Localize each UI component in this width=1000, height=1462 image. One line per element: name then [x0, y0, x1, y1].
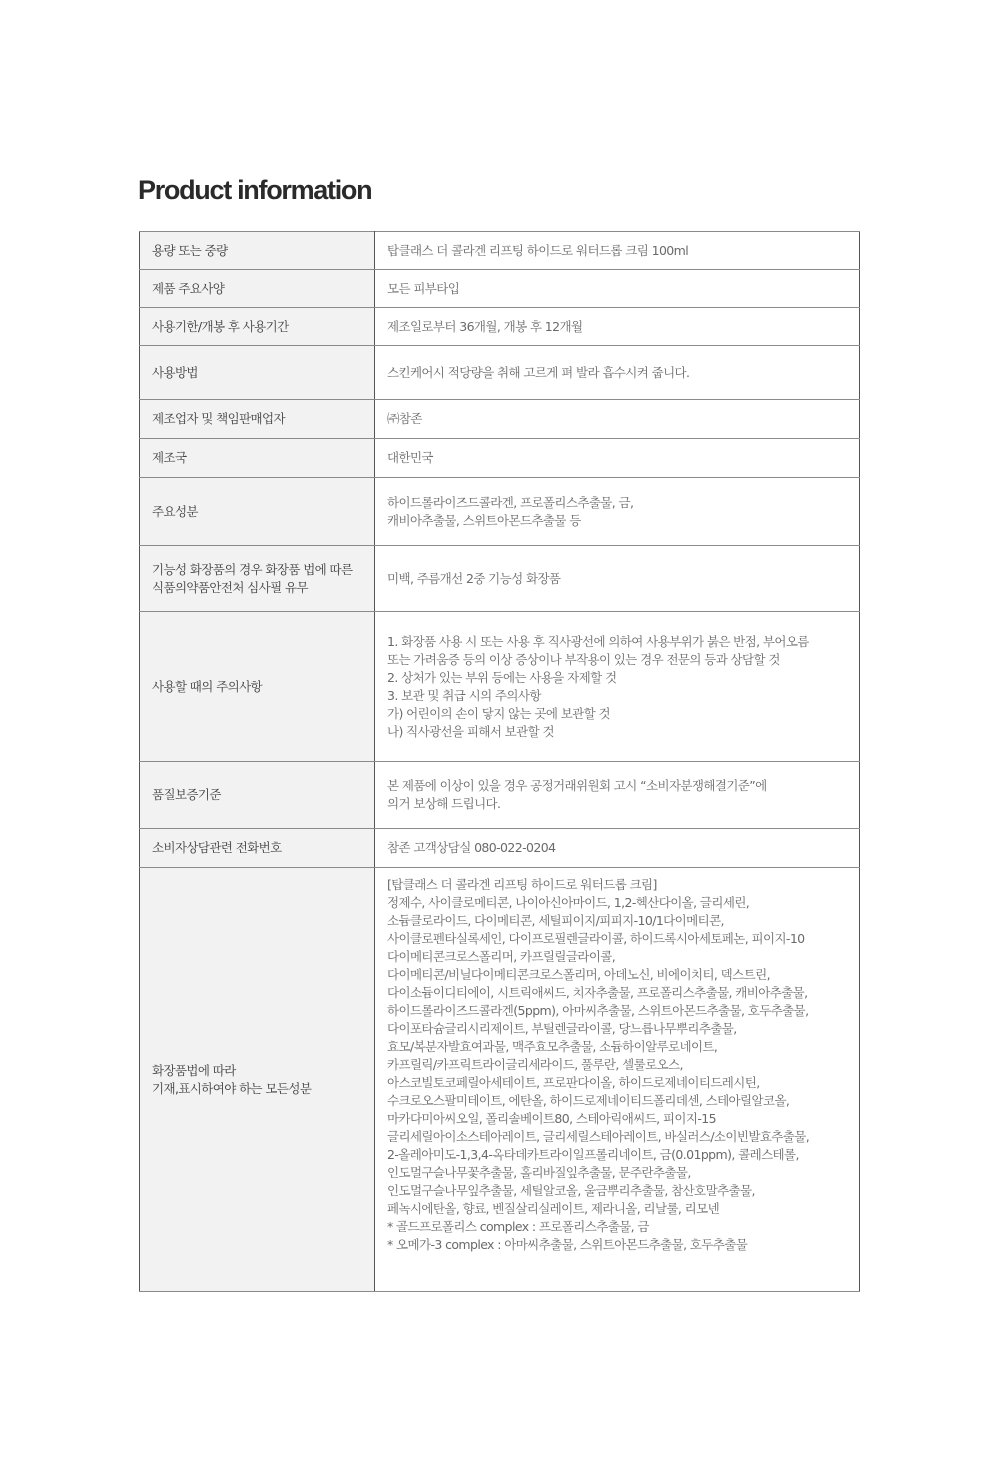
- row-label: 품질보증기준: [140, 762, 375, 829]
- value-line: 2-올레아미도-1,3,4-옥타데카트라이일프롤리네이트, 금(0.01ppm)…: [387, 1146, 847, 1164]
- value-line: 참존 고객상담실 080-022-0204: [387, 839, 847, 857]
- value-line: 캐비아추출물, 스위트아몬드추출물 등: [387, 512, 847, 530]
- value-line: 인도멀구슬나무잎추출물, 세틸알코올, 울금뿌리추출물, 참산호말추출물,: [387, 1182, 847, 1200]
- value-line: 정제수, 사이클로메티콘, 나이아신아마이드, 1,2-헥산다이올, 글리세린,: [387, 894, 847, 912]
- row-value: 하이드롤라이즈드콜라겐, 프로폴리스추출물, 금, 캐비아추출물, 스위트아몬드…: [375, 478, 860, 546]
- row-value: ㈜참존: [375, 400, 860, 439]
- value-line: 카프릴릭/카프릭트라이글리세라이드, 풀루란, 셀룰로오스,: [387, 1056, 847, 1074]
- table-row: 사용할 때의 주의사항 1. 화장품 사용 시 또는 사용 후 직사광선에 의하…: [140, 612, 860, 762]
- row-value: 스킨케어시 적당량을 취해 고르게 펴 발라 흡수시켜 줍니다.: [375, 346, 860, 400]
- value-line: 나) 직사광선을 피해서 보관할 것: [387, 723, 847, 741]
- value-line: 의거 보상해 드립니다.: [387, 795, 847, 813]
- value-line: 1. 화장품 사용 시 또는 사용 후 직사광선에 의하여 사용부위가 붉은 반…: [387, 633, 847, 651]
- table-row: 제조업자 및 책임판매업자 ㈜참존: [140, 400, 860, 439]
- table-row: 기능성 화장품의 경우 화장품 법에 따른 식품의약품안전처 심사필 유무 미백…: [140, 546, 860, 612]
- value-line: 하이드롤라이즈드콜라겐(5ppm), 아마씨추출물, 스위트아몬드추출물, 호두…: [387, 1002, 847, 1020]
- value-line: 하이드롤라이즈드콜라겐, 프로폴리스추출물, 금,: [387, 494, 847, 512]
- table-row: 용량 또는 중량 탑클래스 더 콜라겐 리프팅 하이드로 워터드롭 크림 100…: [140, 232, 860, 270]
- value-line: 다이메티콘크로스폴리머, 카프릴릴글라이콜,: [387, 948, 847, 966]
- row-label: 사용방법: [140, 346, 375, 400]
- value-line: 제조일로부터 36개월, 개봉 후 12개월: [387, 318, 847, 336]
- row-label: 제조국: [140, 439, 375, 478]
- table-row: 사용방법 스킨케어시 적당량을 취해 고르게 펴 발라 흡수시켜 줍니다.: [140, 346, 860, 400]
- row-label: 사용할 때의 주의사항: [140, 612, 375, 762]
- label-line: 기능성 화장품의 경우 화장품 법에 따른: [152, 561, 362, 579]
- row-value: 제조일로부터 36개월, 개봉 후 12개월: [375, 308, 860, 346]
- value-line: * 오메가-3 complex : 아마씨추출물, 스위트아몬드추출물, 호두추…: [387, 1236, 847, 1254]
- row-value: 대한민국: [375, 439, 860, 478]
- value-line: 아스코빌토코페릴아세테이트, 프로판다이올, 하이드로제네이티드레시틴,: [387, 1074, 847, 1092]
- label-line: 화장품법에 따라: [152, 1062, 362, 1080]
- row-label: 화장품법에 따라 기재,표시하여야 하는 모든성분: [140, 868, 375, 1292]
- value-line: 인도멀구슬나무꽃추출물, 홀리바질잎추출물, 문주란추출물,: [387, 1164, 847, 1182]
- table-row: 소비자상담관련 전화번호 참존 고객상담실 080-022-0204: [140, 829, 860, 868]
- page-title: Product information: [138, 172, 371, 208]
- row-value: 1. 화장품 사용 시 또는 사용 후 직사광선에 의하여 사용부위가 붉은 반…: [375, 612, 860, 762]
- row-value: 본 제품에 이상이 있을 경우 공정거래위원회 고시 “소비자분쟁해결기준”에 …: [375, 762, 860, 829]
- product-info-table: 용량 또는 중량 탑클래스 더 콜라겐 리프팅 하이드로 워터드롭 크림 100…: [139, 231, 860, 1292]
- row-label: 사용기한/개봉 후 사용기간: [140, 308, 375, 346]
- value-line: 대한민국: [387, 449, 847, 467]
- value-line: 글리세릴아이소스테아레이트, 글리세릴스테아레이트, 바실러스/소이빈발효추출물…: [387, 1128, 847, 1146]
- value-line: 3. 보관 및 취급 시의 주의사항: [387, 687, 847, 705]
- value-line: 소듐클로라이드, 다이메티콘, 세틸피이지/피피지-10/1다이메티콘,: [387, 912, 847, 930]
- row-label: 기능성 화장품의 경우 화장품 법에 따른 식품의약품안전처 심사필 유무: [140, 546, 375, 612]
- row-value: 참존 고객상담실 080-022-0204: [375, 829, 860, 868]
- value-line: 2. 상처가 있는 부위 등에는 사용을 자제할 것: [387, 669, 847, 687]
- value-line: 수크로오스팔미테이트, 에탄올, 하이드로제네이티드폴리데센, 스테아릴알코올,: [387, 1092, 847, 1110]
- value-line: 미백, 주름개선 2중 기능성 화장품: [387, 570, 847, 588]
- row-value: [탑클래스 더 콜라겐 리프팅 하이드로 워터드롭 크림] 정제수, 사이클로메…: [375, 868, 860, 1292]
- value-line: 또는 가려움증 등의 이상 증상이나 부작용이 있는 경우 전문의 등과 상담할…: [387, 651, 847, 669]
- value-line: 모든 피부타입: [387, 280, 847, 298]
- row-label: 제품 주요사양: [140, 270, 375, 308]
- value-line: 사이클로펜타실록세인, 다이프로필렌글라이콜, 하이드록시아세토페논, 피이지-…: [387, 930, 847, 948]
- table-row: 사용기한/개봉 후 사용기간 제조일로부터 36개월, 개봉 후 12개월: [140, 308, 860, 346]
- row-value: 미백, 주름개선 2중 기능성 화장품: [375, 546, 860, 612]
- value-line: 효모/복분자발효여과물, 맥주효모추출물, 소듐하이알루로네이트,: [387, 1038, 847, 1056]
- row-label: 제조업자 및 책임판매업자: [140, 400, 375, 439]
- value-line: 본 제품에 이상이 있을 경우 공정거래위원회 고시 “소비자분쟁해결기준”에: [387, 777, 847, 795]
- value-line: 가) 어린이의 손이 닿지 않는 곳에 보관할 것: [387, 705, 847, 723]
- table-row: 제조국 대한민국: [140, 439, 860, 478]
- row-value: 모든 피부타입: [375, 270, 860, 308]
- value-line: [탑클래스 더 콜라겐 리프팅 하이드로 워터드롭 크림]: [387, 876, 847, 894]
- row-label: 소비자상담관련 전화번호: [140, 829, 375, 868]
- label-line: 식품의약품안전처 심사필 유무: [152, 579, 362, 597]
- value-line: 마카다미아씨오일, 폴리솔베이트80, 스테아릭애씨드, 피이지-15: [387, 1110, 847, 1128]
- table-row: 화장품법에 따라 기재,표시하여야 하는 모든성분 [탑클래스 더 콜라겐 리프…: [140, 868, 860, 1292]
- value-line: 페녹시에탄올, 향료, 벤질살리실레이트, 제라니올, 리날룰, 리모넨: [387, 1200, 847, 1218]
- value-line: 탑클래스 더 콜라겐 리프팅 하이드로 워터드롭 크림 100ml: [387, 242, 847, 260]
- label-line: 기재,표시하여야 하는 모든성분: [152, 1080, 362, 1098]
- value-line: 다이메티콘/비닐다이메티콘크로스폴리머, 아데노신, 비에이치티, 덱스트린,: [387, 966, 847, 984]
- row-value: 탑클래스 더 콜라겐 리프팅 하이드로 워터드롭 크림 100ml: [375, 232, 860, 270]
- table-row: 주요성분 하이드롤라이즈드콜라겐, 프로폴리스추출물, 금, 캐비아추출물, 스…: [140, 478, 860, 546]
- value-line: ㈜참존: [387, 410, 847, 428]
- row-label: 용량 또는 중량: [140, 232, 375, 270]
- table-row: 제품 주요사양 모든 피부타입: [140, 270, 860, 308]
- value-line: 다이소듐이디티에이, 시트릭애씨드, 치자추출물, 프로폴리스추출물, 캐비아추…: [387, 984, 847, 1002]
- table-row: 품질보증기준 본 제품에 이상이 있을 경우 공정거래위원회 고시 “소비자분쟁…: [140, 762, 860, 829]
- value-line: 다이포타슘글리시리제이트, 부틸렌글라이콜, 당느릅나무뿌리추출물,: [387, 1020, 847, 1038]
- value-line: 스킨케어시 적당량을 취해 고르게 펴 발라 흡수시켜 줍니다.: [387, 364, 847, 382]
- row-label: 주요성분: [140, 478, 375, 546]
- value-line: * 골드프로폴리스 complex : 프로폴리스추출물, 금: [387, 1218, 847, 1236]
